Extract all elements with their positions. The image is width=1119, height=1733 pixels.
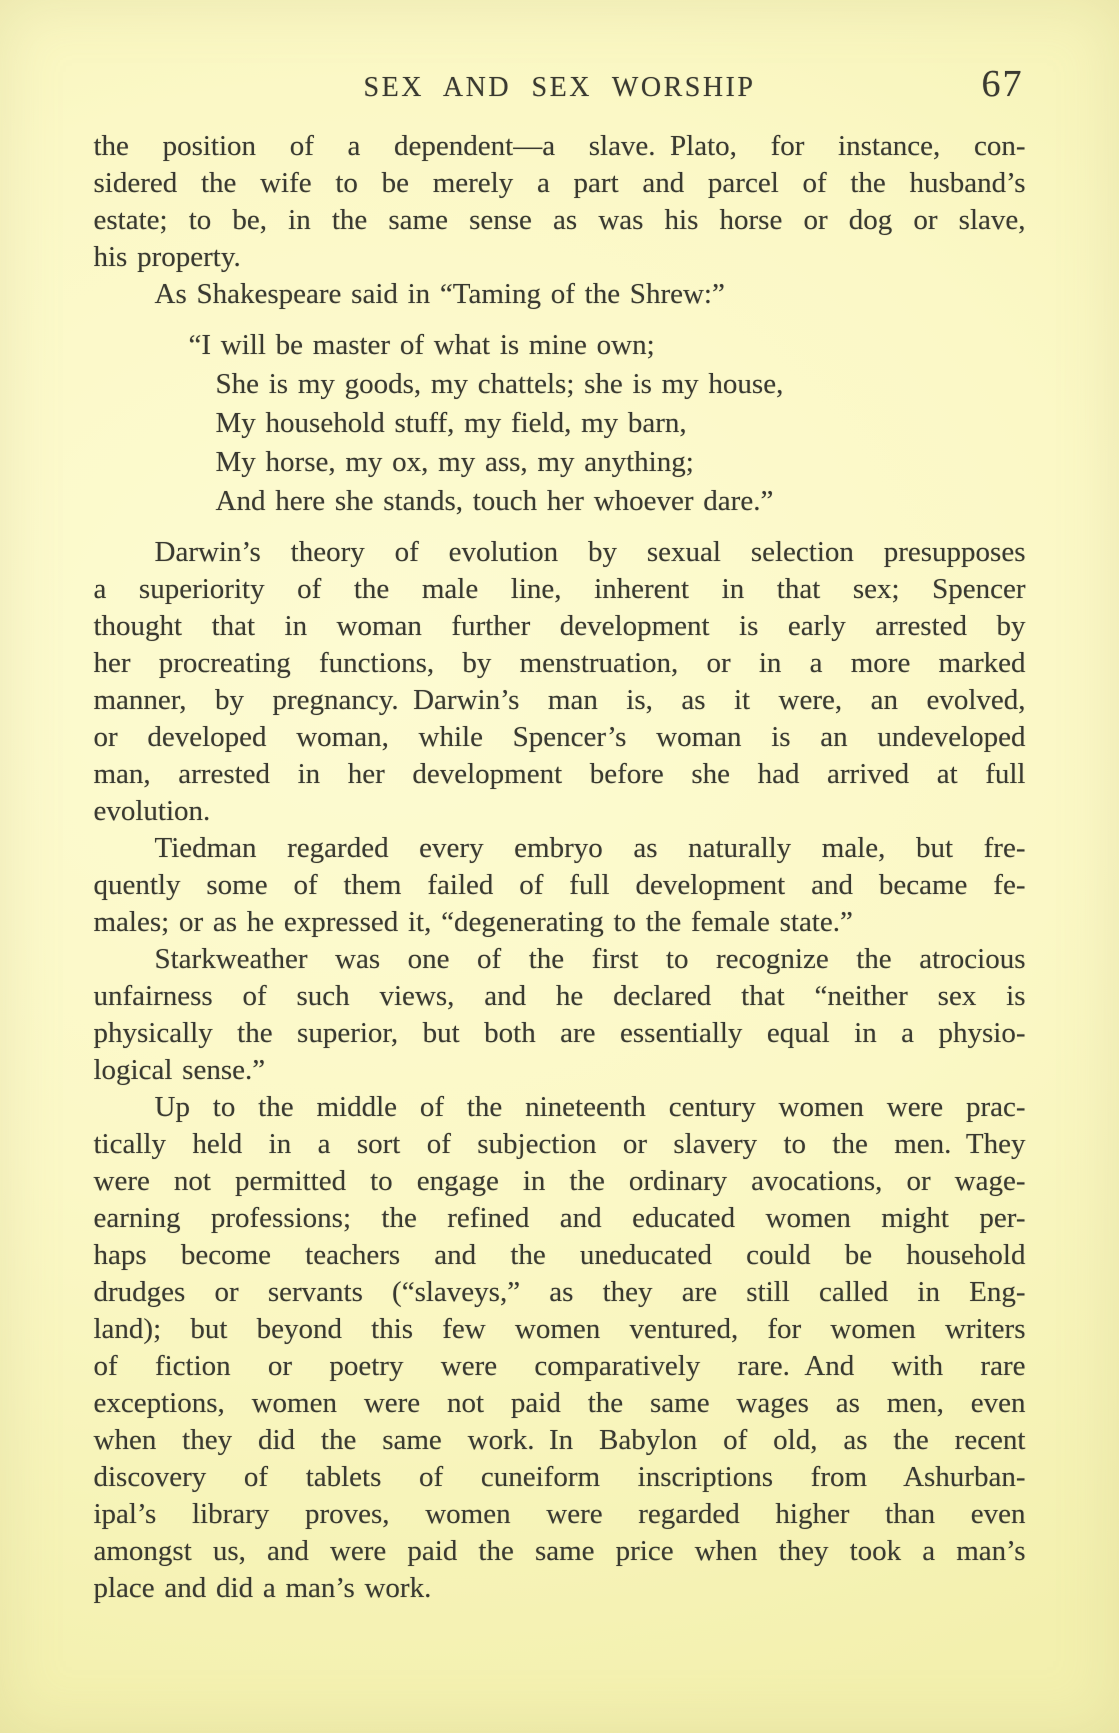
text-line: males; or as he expressed it, “degenerat… (94, 904, 1026, 941)
text-line: Up to the middle of the nineteenth centu… (94, 1089, 1026, 1126)
text-line: her procreating functions, by menstruati… (94, 645, 1026, 682)
paragraph-plato: the position of a dependent—a slave. Pla… (94, 128, 1026, 276)
text-line: were not permitted to engage in the ordi… (94, 1163, 1026, 1200)
paragraph-tiedman: Tiedman regarded every embryo as natural… (94, 830, 1026, 941)
verse-quote-taming-of-the-shrew: “I will be master of what is mine own;Sh… (94, 326, 1026, 521)
text-line: man, arrested in her development before … (94, 756, 1026, 793)
text-line: tically held in a sort of subjection or … (94, 1126, 1026, 1163)
page-number: 67 (982, 62, 1024, 106)
text-line: when they did the same work. In Babylon … (94, 1422, 1026, 1459)
text-line: the position of a dependent—a slave. Pla… (94, 128, 1026, 165)
text-line: estate; to be, in the same sense as was … (94, 202, 1026, 239)
text-line: Darwin’s theory of evolution by sexual s… (94, 534, 1026, 571)
paragraph-starkweather: Starkweather was one of the first to rec… (94, 941, 1026, 1089)
text-line: And here she stands, touch her whoever d… (94, 482, 1026, 521)
text-line: “I will be master of what is mine own; (94, 326, 1026, 365)
text-line: As Shakespeare said in “Taming of the Sh… (94, 276, 1026, 313)
book-page: SEX AND SEX WORSHIP 67 the position of a… (0, 0, 1119, 1733)
text-line: sidered the wife to be merely a part and… (94, 165, 1026, 202)
text-line: exceptions, women were not paid the same… (94, 1385, 1026, 1422)
text-line: She is my goods, my chattels; she is my … (94, 365, 1026, 404)
running-title: SEX AND SEX WORSHIP (94, 72, 1026, 104)
text-line: amongst us, and were paid the same price… (94, 1533, 1026, 1570)
text-line: Starkweather was one of the first to rec… (94, 941, 1026, 978)
text-line: his property. (94, 239, 1026, 276)
page-body: the position of a dependent—a slave. Pla… (94, 128, 1026, 1607)
text-line: drudges or servants (“slaveys,” as they … (94, 1274, 1026, 1311)
text-line: discovery of tablets of cuneiform inscri… (94, 1459, 1026, 1496)
text-line: quently some of them failed of full deve… (94, 867, 1026, 904)
text-line: of fiction or poetry were comparatively … (94, 1348, 1026, 1385)
paragraph-shakespeare-intro: As Shakespeare said in “Taming of the Sh… (94, 276, 1026, 313)
text-line: or developed woman, while Spencer’s woma… (94, 719, 1026, 756)
text-line: thought that in woman further developmen… (94, 608, 1026, 645)
text-line: land); but beyond this few women venture… (94, 1311, 1026, 1348)
text-line: logical sense.” (94, 1052, 1026, 1089)
text-line: evolution. (94, 793, 1026, 830)
text-line: ipal’s library proves, women were regard… (94, 1496, 1026, 1533)
text-line: earning professions; the refined and edu… (94, 1200, 1026, 1237)
text-line: physically the superior, but both are es… (94, 1015, 1026, 1052)
text-line: haps become teachers and the uneducated … (94, 1237, 1026, 1274)
paragraph-darwin-spencer: Darwin’s theory of evolution by sexual s… (94, 534, 1026, 830)
text-line: manner, by pregnancy. Darwin’s man is, a… (94, 682, 1026, 719)
text-line: a superiority of the male line, inherent… (94, 571, 1026, 608)
text-line: Tiedman regarded every embryo as natural… (94, 830, 1026, 867)
text-line: My horse, my ox, my ass, my anything; (94, 443, 1026, 482)
text-line: My household stuff, my field, my barn, (94, 404, 1026, 443)
page-header: SEX AND SEX WORSHIP 67 (94, 64, 1026, 106)
text-line: unfairness of such views, and he declare… (94, 978, 1026, 1015)
text-line: place and did a man’s work. (94, 1570, 1026, 1607)
paragraph-nineteenth-century: Up to the middle of the nineteenth centu… (94, 1089, 1026, 1607)
